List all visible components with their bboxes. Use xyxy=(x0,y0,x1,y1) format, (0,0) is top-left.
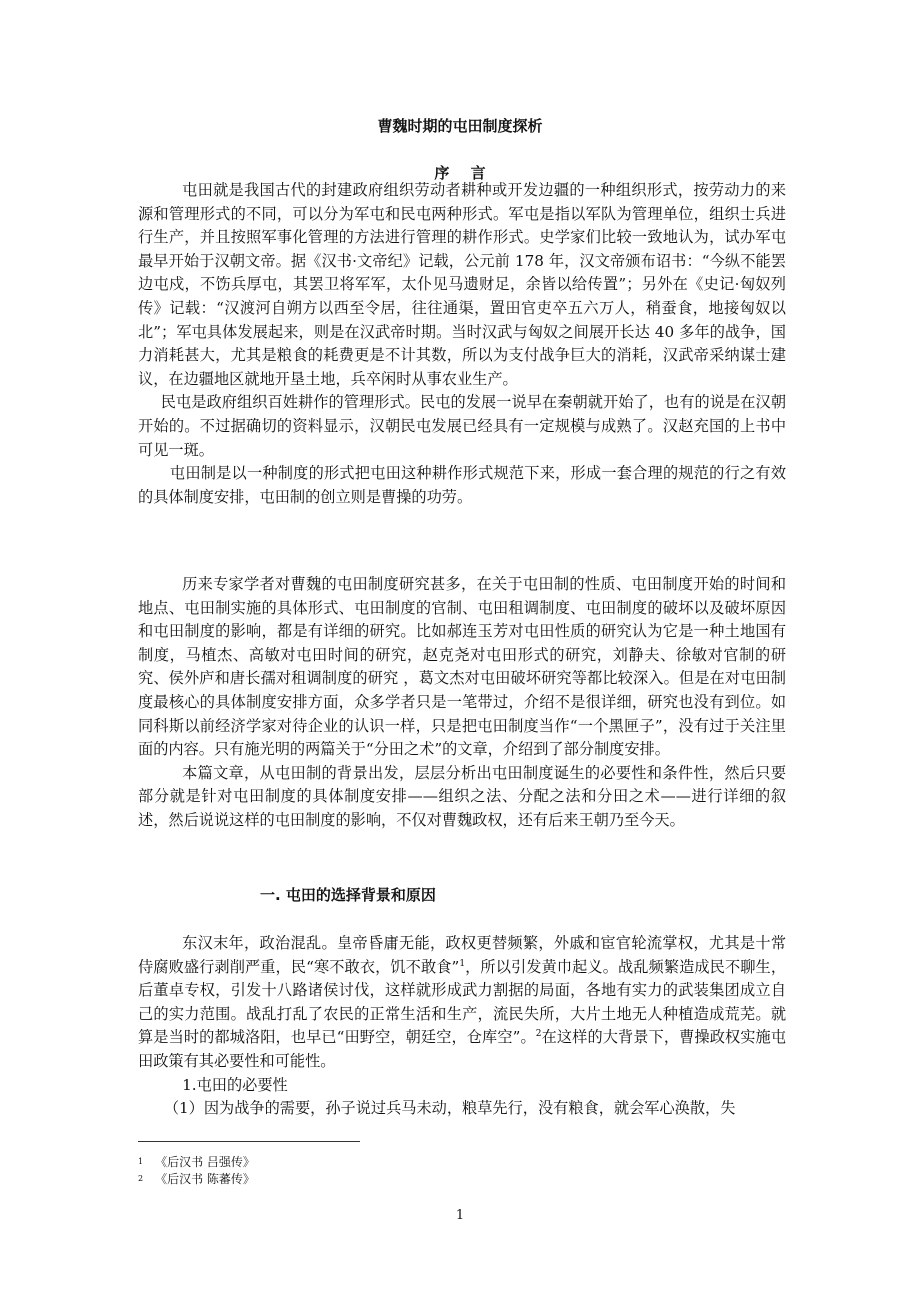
footnote-text: 《后汉书 陈蕃传》 xyxy=(155,1171,255,1188)
paragraph-military-tuntian: 屯田就是我国古代的封建政府组织劳动者耕种或开发边疆的一种组织形式，按劳动力的来源… xyxy=(138,179,786,391)
list-item-1: （1）因为战争的需要，孙子说过兵马未动，粮草先行，没有粮食，就会军心涣散，失 xyxy=(138,1097,786,1121)
preface-body: 屯田就是我国古代的封建政府组织劳动者耕种或开发边疆的一种组织形式，按劳动力的来源… xyxy=(138,179,786,509)
paragraph-background: 东汉末年，政治混乱。皇帝昏庸无能，政权更替频繁，外戚和宦官轮流掌权，尤其是十常侍… xyxy=(138,932,786,1074)
footnotes: 1 《后汉书 吕强传》 2 《后汉书 陈蕃传》 xyxy=(138,1154,255,1188)
literature-review-body: 历来专家学者对曹魏的屯田制度研究甚多，在关于屯田制的性质、屯田制度开始的时间和地… xyxy=(138,573,786,833)
paragraph-tuntian-system: 屯田制是以一种制度的形式把屯田这种耕作形式规范下来，形成一套合理的规范的行之有效… xyxy=(138,462,786,509)
footnote-number: 1 xyxy=(138,1153,143,1170)
footnote-separator xyxy=(138,1141,360,1142)
footnote-1: 1 《后汉书 吕强传》 xyxy=(138,1154,255,1171)
footnote-text: 《后汉书 吕强传》 xyxy=(155,1154,255,1171)
paragraph-article-outline: 本篇文章，从屯田制的背景出发，层层分析出屯田制度诞生的必要性和条件性，然后只要部… xyxy=(138,762,786,833)
paragraph-civil-tuntian: 民屯是政府组织百姓耕作的管理形式。民屯的发展一说早在秦朝就开始了，也有的说是在汉… xyxy=(138,391,786,462)
document-title: 曹魏时期的屯田制度探析 xyxy=(0,115,920,136)
subheading-necessity: 1.屯田的必要性 xyxy=(138,1074,786,1098)
section-heading-1: 一. 屯田的选择背景和原因 xyxy=(260,884,436,905)
section-1-body: 东汉末年，政治混乱。皇帝昏庸无能，政权更替频繁，外戚和宦官轮流掌权，尤其是十常侍… xyxy=(138,932,786,1121)
document-page: 曹魏时期的屯田制度探析 序 言 屯田就是我国古代的封建政府组织劳动者耕种或开发边… xyxy=(0,0,920,1302)
footnote-number: 2 xyxy=(138,1170,143,1187)
paragraph-literature-review: 历来专家学者对曹魏的屯田制度研究甚多，在关于屯田制的性质、屯田制度开始的时间和地… xyxy=(138,573,786,762)
page-number: 1 xyxy=(0,1208,920,1223)
footnote-2: 2 《后汉书 陈蕃传》 xyxy=(138,1171,255,1188)
